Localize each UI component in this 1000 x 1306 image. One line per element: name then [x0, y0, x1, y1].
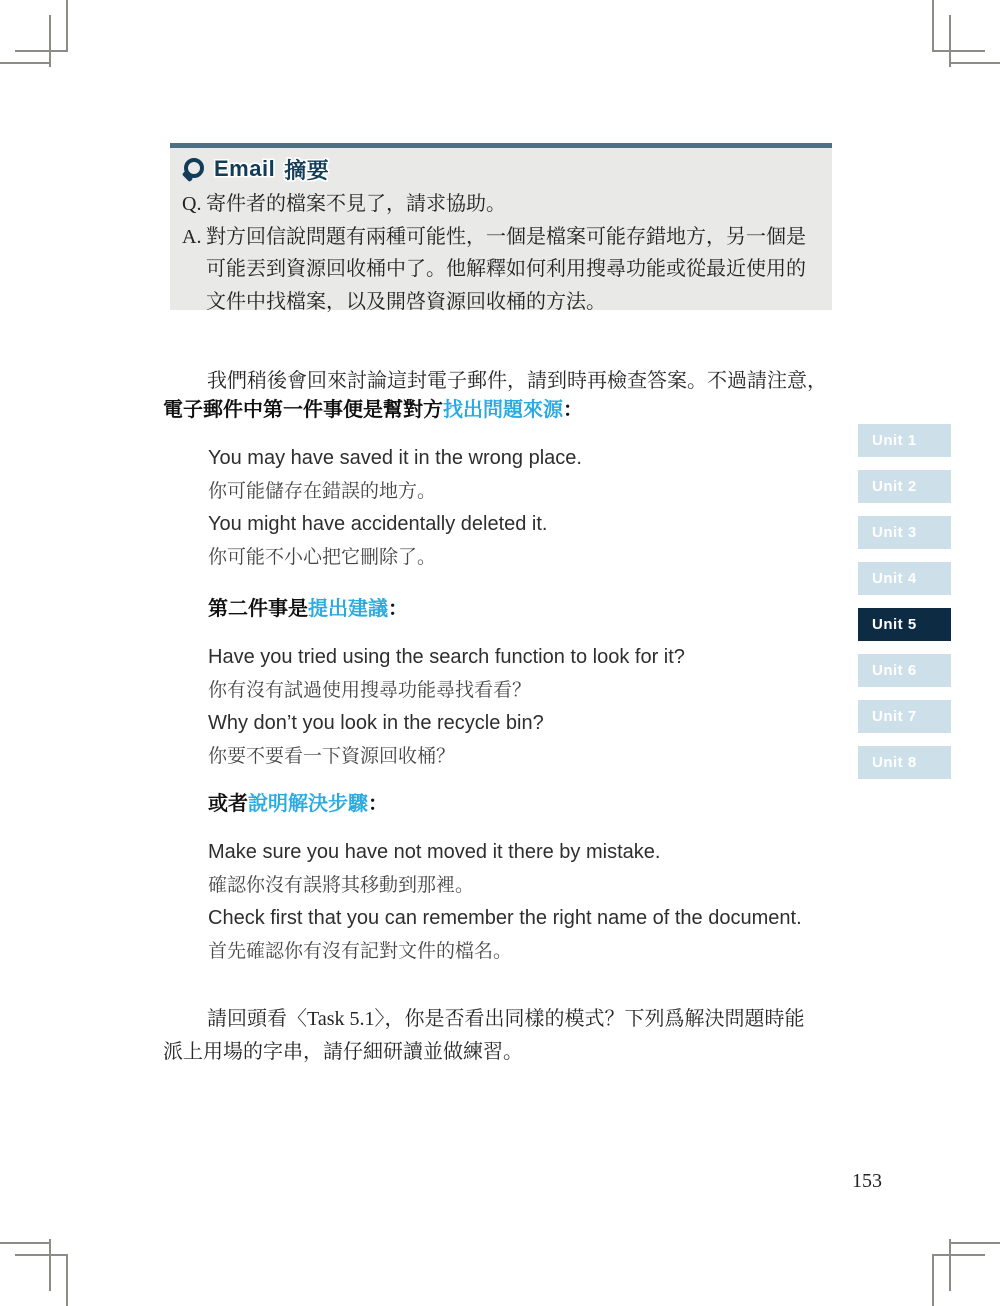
closing-line-1: 請回頭看〈Task 5.1〉，你是否看出同樣的模式？下列爲解決問題時能 [163, 1003, 841, 1036]
section-head-3: 或者說明解決步驟： [208, 791, 388, 817]
chinese-translation: 你可能不小心把它刪除了。 [208, 541, 848, 574]
section-head-2-prefix: 第二件事是 [208, 598, 308, 620]
question-row: Q. 寄件者的檔案不見了，請求協助。 [182, 188, 818, 221]
chinese-translation: 首先確認你有沒有記對文件的檔名。 [208, 935, 848, 968]
crop-mark [66, 0, 68, 51]
crop-mark [932, 50, 985, 52]
question-label: Q. [182, 188, 206, 221]
crop-mark [66, 1255, 68, 1306]
intro-line-1: 我們稍後會回來討論這封電子郵件，請到時再檢查答案。不過請注意， [163, 365, 841, 398]
email-summary-header: Email 摘要 [182, 153, 818, 185]
tab-unit-2[interactable]: Unit 2 [858, 470, 951, 503]
magnifier-icon [182, 158, 205, 181]
crop-mark [932, 1255, 934, 1306]
section-head-2-colon: ： [388, 598, 408, 620]
intro-line-2: 電子郵件中第一件事便是幫對方找出問題來源： [163, 397, 583, 423]
crop-mark [932, 1254, 985, 1256]
intro-highlight-find-source: 找出問題來源 [443, 399, 563, 421]
english-sentence: Make sure you have not moved it there by… [208, 836, 848, 869]
closing-line-2: 派上用場的字串，請仔細研讀並做練習。 [163, 1036, 841, 1069]
tab-unit-4[interactable]: Unit 4 [858, 562, 951, 595]
answer-row: A. 對方回信說問題有兩種可能性，一個是檔案可能存錯地方，另一個是可能丟到資源回… [182, 221, 818, 319]
crop-mark [0, 1242, 51, 1244]
book-page: Email 摘要 Q. 寄件者的檔案不見了，請求協助。 A. 對方回信說問題有兩… [0, 0, 1000, 1306]
section-head-3-prefix: 或者 [208, 793, 248, 815]
crop-mark [932, 0, 934, 51]
section-head-2: 第二件事是提出建議： [208, 596, 408, 622]
chinese-translation: 你有沒有試過使用搜尋功能尋找看看？ [208, 674, 848, 707]
chinese-translation: 確認你沒有誤將其移動到那裡。 [208, 869, 848, 902]
english-sentence: Have you tried using the search function… [208, 641, 848, 674]
tab-unit-6[interactable]: Unit 6 [858, 654, 951, 687]
chinese-translation: 你要不要看一下資源回收桶？ [208, 740, 848, 773]
crop-mark [49, 1239, 51, 1291]
intro-line-2-colon: ： [563, 399, 583, 421]
answer-label: A. [182, 221, 206, 319]
crop-mark [0, 62, 51, 64]
tab-unit-3[interactable]: Unit 3 [858, 516, 951, 549]
english-sentence: You may have saved it in the wrong place… [208, 442, 848, 475]
sentence-block-1: You may have saved it in the wrong place… [208, 442, 848, 574]
tab-unit-5[interactable]: Unit 5 [858, 608, 951, 641]
page-number: 153 [852, 1170, 882, 1193]
english-sentence: You might have accidentally deleted it. [208, 508, 848, 541]
tab-unit-1[interactable]: Unit 1 [858, 424, 951, 457]
crop-mark [949, 62, 1000, 64]
question-text: 寄件者的檔案不見了，請求協助。 [206, 188, 818, 221]
sentence-block-3: Make sure you have not moved it there by… [208, 836, 848, 968]
english-sentence: Check first that you can remember the ri… [208, 902, 848, 935]
crop-mark [949, 15, 951, 67]
intro-line-2-prefix: 電子郵件中第一件事便是幫對方 [163, 399, 443, 421]
crop-mark [49, 15, 51, 67]
sentence-block-2: Have you tried using the search function… [208, 641, 848, 773]
section-head-3-highlight: 說明解決步驟 [248, 793, 368, 815]
section-head-2-highlight: 提出建議 [308, 598, 388, 620]
tab-unit-8[interactable]: Unit 8 [858, 746, 951, 779]
crop-mark [949, 1242, 1000, 1244]
email-summary-title-en: Email [214, 156, 275, 182]
answer-text: 對方回信說問題有兩種可能性，一個是檔案可能存錯地方，另一個是可能丟到資源回收桶中… [206, 221, 818, 319]
email-summary-title-zh: 摘要 [284, 154, 329, 185]
crop-mark [15, 50, 68, 52]
tab-unit-7[interactable]: Unit 7 [858, 700, 951, 733]
crop-mark [15, 1254, 68, 1256]
section-head-3-colon: ： [368, 793, 388, 815]
chinese-translation: 你可能儲存在錯誤的地方。 [208, 475, 848, 508]
english-sentence: Why don’t you look in the recycle bin? [208, 707, 848, 740]
unit-tab-sidebar: Unit 1 Unit 2 Unit 3 Unit 4 Unit 5 Unit … [858, 424, 951, 792]
crop-mark [949, 1239, 951, 1291]
email-summary-box: Email 摘要 Q. 寄件者的檔案不見了，請求協助。 A. 對方回信說問題有兩… [170, 143, 832, 310]
